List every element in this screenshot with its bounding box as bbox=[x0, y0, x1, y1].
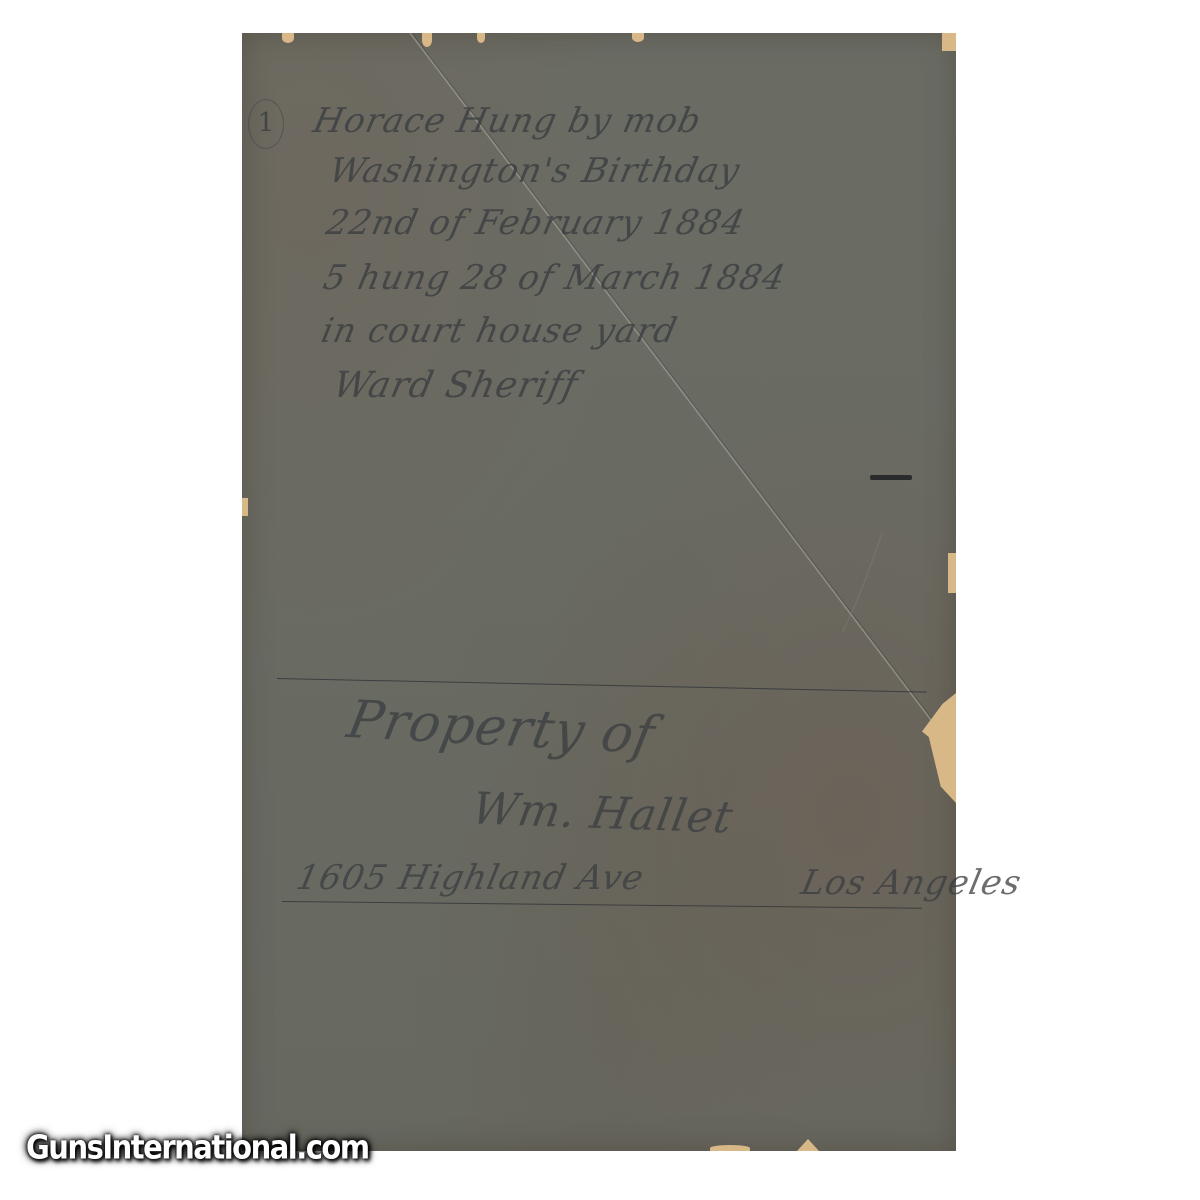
owner-city: Los Angeles bbox=[798, 863, 1026, 903]
note-line-3: 22nd of February 1884 bbox=[323, 203, 749, 243]
bottom-tear bbox=[797, 1139, 819, 1151]
right-edge-tear bbox=[922, 693, 956, 803]
property-of-label: Property of bbox=[343, 690, 660, 766]
owner-address: 1605 Highland Ave bbox=[293, 858, 648, 898]
top-tear bbox=[477, 33, 485, 43]
right-edge-tear bbox=[942, 33, 956, 51]
top-tear bbox=[632, 33, 644, 42]
aged-paper-sheet: 1 Horace Hung by mob Washington's Birthd… bbox=[242, 33, 956, 1151]
left-edge-tear bbox=[242, 498, 248, 516]
right-edge-tear bbox=[948, 553, 956, 593]
owner-name: Wm. Hallet bbox=[468, 783, 737, 843]
note-line-1: Horace Hung by mob bbox=[310, 101, 705, 141]
note-line-5: in court house yard bbox=[318, 311, 681, 351]
item-number-circled: 1 bbox=[248, 99, 284, 149]
note-line-2: Washington's Birthday bbox=[326, 151, 744, 191]
ink-dash-mark bbox=[870, 475, 912, 480]
watermark-logo: GunsInternational.com bbox=[26, 1127, 369, 1166]
top-tear bbox=[282, 33, 294, 43]
note-line-4: 5 hung 28 of March 1884 bbox=[320, 258, 790, 298]
note-line-6: Ward Sheriff bbox=[330, 365, 582, 406]
bottom-tear bbox=[710, 1145, 750, 1151]
diagonal-fold-crease bbox=[242, 33, 956, 1151]
top-tear bbox=[422, 33, 432, 47]
